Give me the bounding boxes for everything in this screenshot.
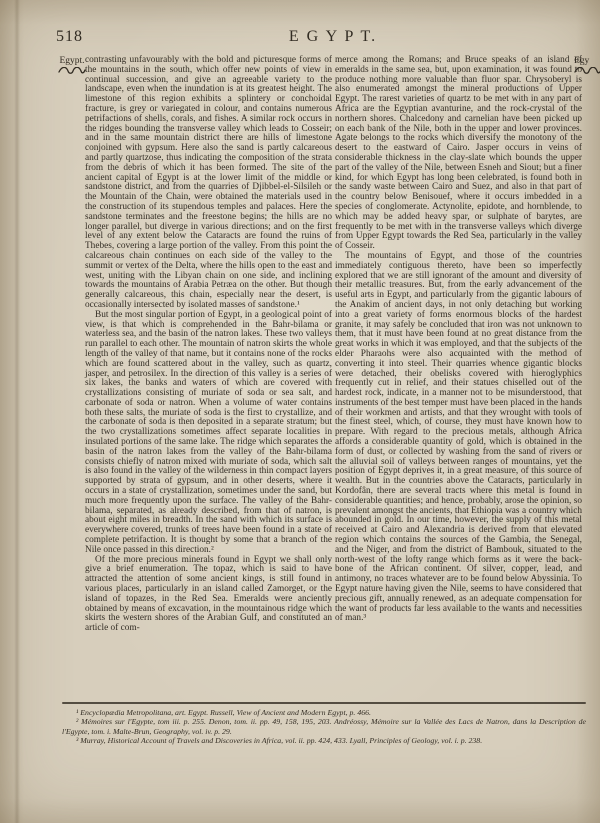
footnote-item: ¹ Encyclopædia Metropolitana, art. Egypt… xyxy=(62,708,586,717)
paragraph: But the most singular portion of Egypt, … xyxy=(85,311,332,556)
footnotes: ¹ Encyclopædia Metropolitana, art. Egypt… xyxy=(62,708,586,746)
left-column: contrasting unfavourably with the bold a… xyxy=(85,56,332,634)
right-column: merce among the Romans; and Bruce speaks… xyxy=(335,56,582,624)
paragraph: The mountains of Egypt, and those of the… xyxy=(335,252,582,624)
flourish-icon xyxy=(58,67,86,76)
page-crease xyxy=(14,0,20,823)
page-number: 518 xyxy=(56,28,83,46)
footnote-divider xyxy=(62,702,586,704)
footnote-item: ³ Murray, Historical Account of Travels … xyxy=(62,736,586,745)
book-page: 518 E G Y P T. Egypt. Egy contrasting un… xyxy=(0,0,600,823)
margin-note-left-label: Egypt. xyxy=(59,56,84,66)
paragraph: Of the more precious minerals found in E… xyxy=(85,556,332,634)
paragraph: contrasting unfavourably with the bold a… xyxy=(85,56,332,311)
paragraph: merce among the Romans; and Bruce speaks… xyxy=(335,56,582,252)
footnote-item: ² Mémoires sur l'Egypte, tom iii. p. 255… xyxy=(62,717,586,736)
running-header: E G Y P T. xyxy=(85,28,581,46)
